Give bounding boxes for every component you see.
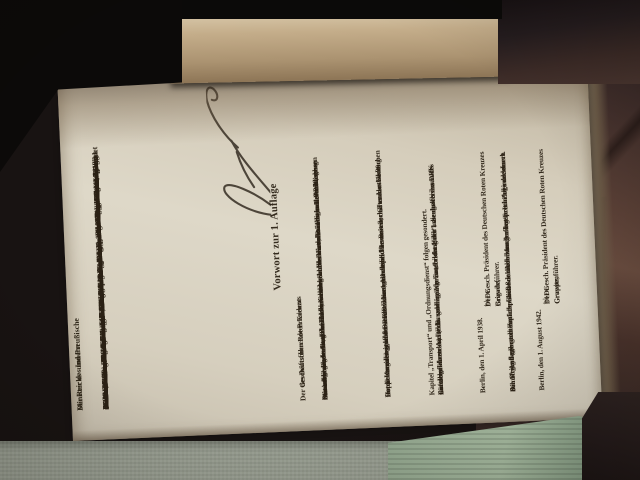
letterhead-line2: Minister des Innern: [73, 344, 85, 410]
vorwort-paragraph-1: Das vorliegende Amtliche Unterrichtsbuch…: [306, 70, 320, 400]
vorwort-byline: Der Geschäftsführende Präsident des Deut…: [284, 71, 298, 401]
note-17th-edition: Die 17. Auflage erscheint inhaltlich wie…: [494, 62, 508, 392]
text-line: dienen, dessen Erscheinen ich daher wärm…: [94, 226, 112, 410]
frick-signature: [205, 64, 272, 236]
byline-line2: des Deutschen Roten Kreuzes: [294, 296, 308, 401]
signature-rank-text: -Gruppenführer.: [540, 255, 561, 304]
vorwort-heading: Vorwort zur 1. Auflage: [264, 72, 288, 402]
vorwort-paragraph-2: Der Unterrichtsstoff ist so zusammengest…: [369, 68, 383, 398]
geleitwort-paragraph: Die durch das Gesetz über das Deutsche R…: [87, 80, 101, 410]
frick-signature-graphic: [205, 64, 272, 236]
text-line: wenden.: [435, 370, 446, 395]
page-number: 3: [553, 59, 577, 389]
text-line: darstellt.: [319, 373, 330, 400]
leather-cover-bottom-right: [582, 392, 640, 480]
book-page: Der Reichs- und Preußische Minister des …: [57, 48, 603, 441]
text-line: Roten Kreuzes gemäß DRK Dv. Nr. 1 Abschn…: [377, 243, 393, 398]
leather-cover-top-right: [498, 0, 640, 84]
book-photo-scene: Der Reichs- und Preußische Minister des …: [0, 0, 640, 480]
letterhead: Der Reichs- und Preußische Minister des …: [70, 279, 76, 411]
text-line: material hergestellt, das für Lehrer und…: [310, 162, 330, 401]
signature-rank-text: -Brigadeführer.: [482, 262, 503, 307]
